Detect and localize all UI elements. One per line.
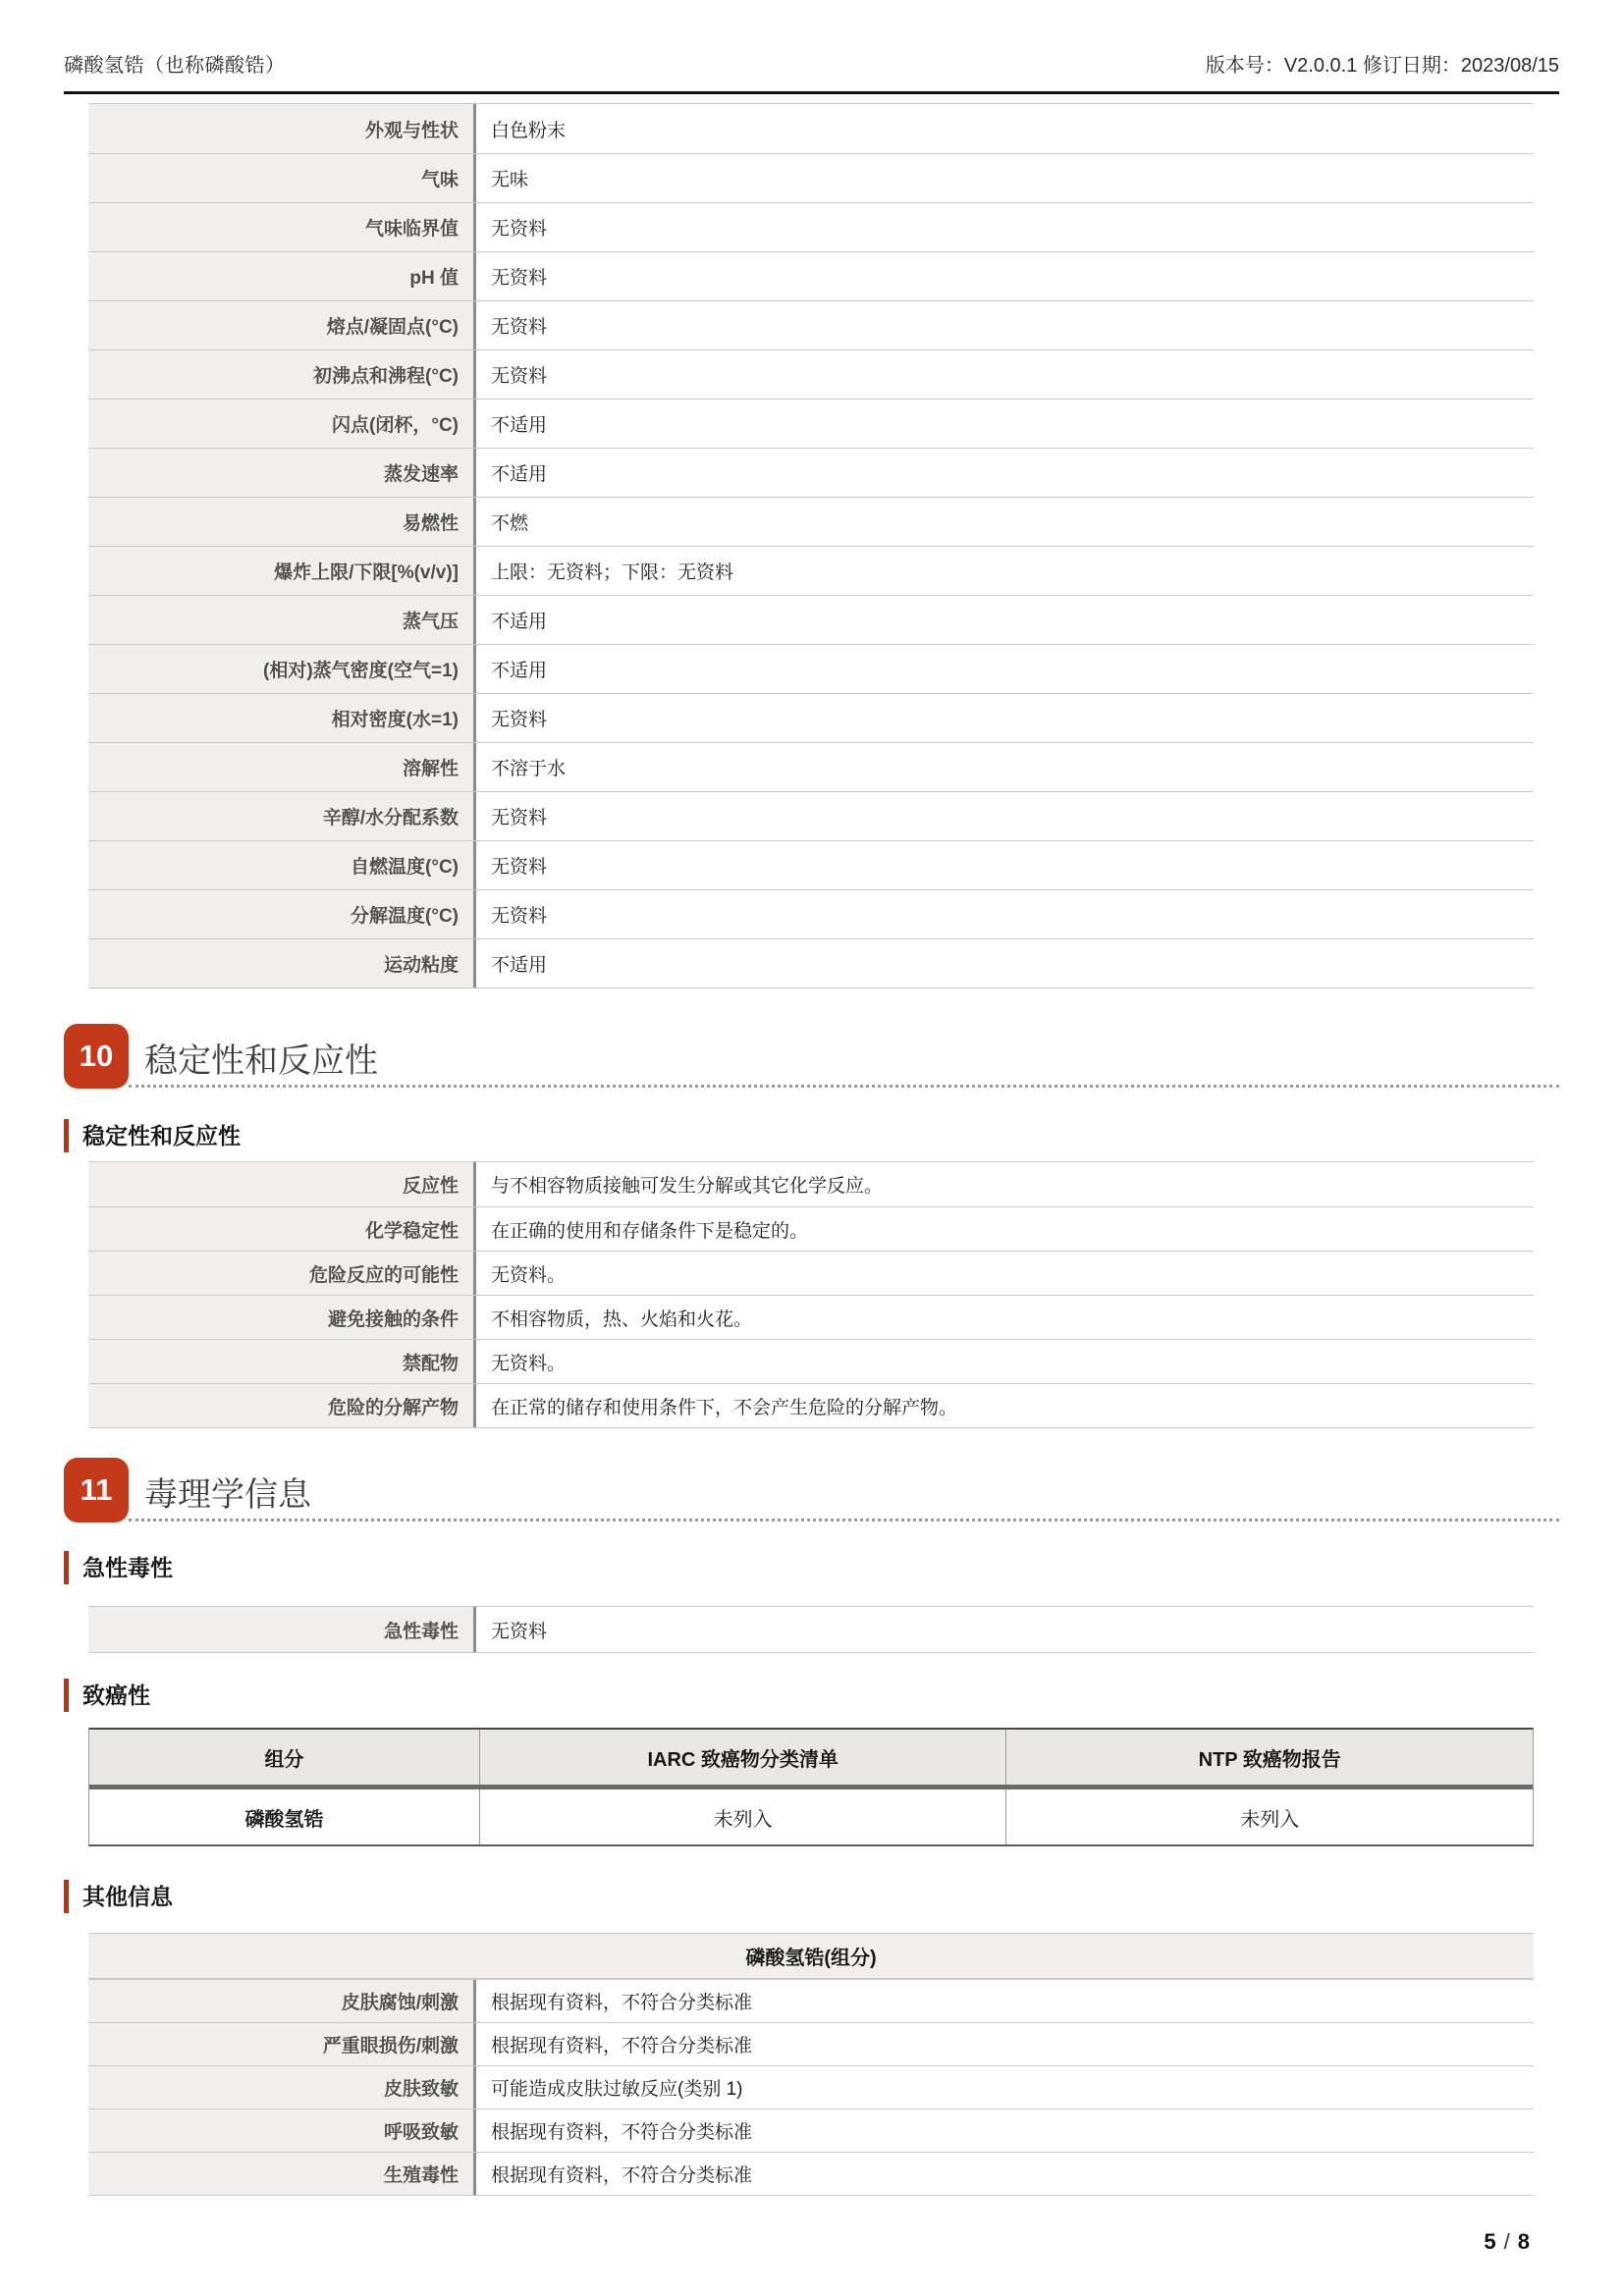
subsection-carcinogenicity-title: 致癌性 xyxy=(64,1679,1559,1712)
property-value: 根据现有资料，不符合分类标准 xyxy=(476,2161,1534,2187)
table-row: 相对密度(水=1) 无资料 xyxy=(88,693,1534,742)
table-row: 易燃性 不燃 xyxy=(88,497,1534,546)
property-value: 不适用 xyxy=(476,607,1534,633)
table-row: 急性毒性 无资料 xyxy=(88,1607,1534,1652)
section-number-badge: 10 xyxy=(64,1024,129,1089)
total-pages: 8 xyxy=(1518,2229,1530,2254)
table-row: (相对)蒸气密度(空气=1) 不适用 xyxy=(88,644,1534,693)
table-row: pH 值 无资料 xyxy=(88,251,1534,300)
table-row: 禁配物 无资料。 xyxy=(88,1339,1534,1383)
property-label: 皮肤致敏 xyxy=(88,2066,476,2109)
table-header-row: 组分 IARC 致癌物分类清单 NTP 致癌物报告 xyxy=(89,1730,1533,1789)
property-value: 在正常的储存和使用条件下，不会产生危险的分解产物。 xyxy=(476,1393,1534,1419)
table-row: 闪点(闭杯，°C) 不适用 xyxy=(88,399,1534,448)
property-label: 生殖毒性 xyxy=(88,2153,476,2195)
property-label: 危险的分解产物 xyxy=(88,1384,476,1427)
table-row: 自燃温度(°C) 无资料 xyxy=(88,840,1534,889)
table-row: 危险反应的可能性 无资料。 xyxy=(88,1251,1534,1295)
carcinogenicity-table: 组分 IARC 致癌物分类清单 NTP 致癌物报告 磷酸氢锆 未列入 未列入 xyxy=(88,1728,1534,1846)
property-value: 根据现有资料，不符合分类标准 xyxy=(476,1988,1534,2014)
table-row: 初沸点和沸程(°C) 无资料 xyxy=(88,349,1534,399)
table-row: 严重眼损伤/刺激 根据现有资料，不符合分类标准 xyxy=(88,2022,1534,2065)
property-value: 白色粉末 xyxy=(476,116,1534,142)
table-row: 分解温度(°C) 无资料 xyxy=(88,889,1534,938)
table-row: 避免接触的条件 不相容物质，热、火焰和火花。 xyxy=(88,1295,1534,1339)
property-value: 无资料 xyxy=(476,263,1534,290)
table-row: 气味临界值 无资料 xyxy=(88,202,1534,251)
property-value: 不适用 xyxy=(476,950,1534,977)
property-label: 溶解性 xyxy=(88,743,476,791)
component-band-header: 磷酸氢锆(组分) xyxy=(88,1934,1534,1979)
property-value: 不适用 xyxy=(476,656,1534,682)
property-value: 无资料 xyxy=(476,705,1534,731)
property-label: 气味临界值 xyxy=(88,203,476,251)
property-label: 辛醇/水分配系数 xyxy=(88,792,476,840)
section-title: 毒理学信息 xyxy=(144,1476,1559,1515)
property-label: 外观与性状 xyxy=(88,104,476,153)
property-label: 分解温度(°C) xyxy=(88,890,476,938)
page-separator: / xyxy=(1496,2229,1518,2254)
table-row: 爆炸上限/下限[%(v/v)] 上限：无资料；下限：无资料 xyxy=(88,546,1534,595)
column-header-ntp: NTP 致癌物报告 xyxy=(1005,1730,1533,1785)
property-value: 无资料 xyxy=(476,803,1534,829)
property-value: 不适用 xyxy=(476,459,1534,486)
property-value: 无资料 xyxy=(476,1617,1534,1643)
table-row: 磷酸氢锆 未列入 未列入 xyxy=(89,1789,1533,1844)
property-value: 无味 xyxy=(476,165,1534,191)
property-label: 运动粘度 xyxy=(88,939,476,988)
ntp-value-cell: 未列入 xyxy=(1005,1789,1533,1844)
table-row: 蒸发速率 不适用 xyxy=(88,448,1534,497)
table-row: 外观与性状 白色粉末 xyxy=(88,104,1534,153)
table-row: 辛醇/水分配系数 无资料 xyxy=(88,791,1534,840)
property-value: 无资料 xyxy=(476,901,1534,928)
stability-table: 反应性 与不相容物质接触可发生分解或其它化学反应。 化学稳定性 在正确的使用和存… xyxy=(88,1161,1534,1428)
property-value: 不适用 xyxy=(476,410,1534,437)
property-value: 无资料 xyxy=(476,312,1534,339)
property-label: pH 值 xyxy=(88,252,476,300)
property-label: 熔点/凝固点(°C) xyxy=(88,301,476,349)
header-rule xyxy=(64,91,1559,94)
property-label: 危险反应的可能性 xyxy=(88,1252,476,1295)
property-value: 无资料 xyxy=(476,361,1534,388)
property-value: 与不相容物质接触可发生分解或其它化学反应。 xyxy=(476,1171,1534,1198)
column-header-component: 组分 xyxy=(89,1730,479,1785)
page-content: 磷酸氢锆（也称磷酸锆） 版本号：V2.0.0.1 修订日期：2023/08/15… xyxy=(0,0,1623,2196)
property-label: 避免接触的条件 xyxy=(88,1296,476,1339)
table-row: 熔点/凝固点(°C) 无资料 xyxy=(88,300,1534,349)
property-value: 不相容物质，热、火焰和火花。 xyxy=(476,1305,1534,1331)
section-title: 稳定性和反应性 xyxy=(144,1042,1559,1081)
page-number: 5/8 xyxy=(1484,2229,1530,2255)
table-row: 生殖毒性 根据现有资料，不符合分类标准 xyxy=(88,2152,1534,2195)
table-row: 危险的分解产物 在正常的储存和使用条件下，不会产生危险的分解产物。 xyxy=(88,1383,1534,1427)
table-row: 皮肤致敏 可能造成皮肤过敏反应(类别 1) xyxy=(88,2065,1534,2109)
property-value: 无资料 xyxy=(476,214,1534,240)
property-value: 根据现有资料，不符合分类标准 xyxy=(476,2117,1534,2144)
property-label: 蒸气压 xyxy=(88,596,476,644)
section-number-badge: 11 xyxy=(64,1458,129,1522)
document-header: 磷酸氢锆（也称磷酸锆） 版本号：V2.0.0.1 修订日期：2023/08/15 xyxy=(64,0,1559,78)
property-label: 呼吸致敏 xyxy=(88,2109,476,2152)
section-title-rule: 稳定性和反应性 xyxy=(129,1042,1559,1088)
property-label: 严重眼损伤/刺激 xyxy=(88,2023,476,2065)
section-10-header: 10 稳定性和反应性 xyxy=(64,1024,1559,1088)
subsection-other-info-title: 其他信息 xyxy=(64,1880,1559,1913)
property-value: 根据现有资料，不符合分类标准 xyxy=(476,2031,1534,2057)
current-page: 5 xyxy=(1484,2229,1495,2254)
property-label: 气味 xyxy=(88,154,476,202)
table-row: 反应性 与不相容物质接触可发生分解或其它化学反应。 xyxy=(88,1162,1534,1206)
property-label: 初沸点和沸程(°C) xyxy=(88,350,476,399)
property-label: 易燃性 xyxy=(88,498,476,546)
iarc-value-cell: 未列入 xyxy=(479,1789,1006,1844)
property-value: 不燃 xyxy=(476,508,1534,535)
property-label: 皮肤腐蚀/刺激 xyxy=(88,1980,476,2022)
subsection-acute-toxicity-title: 急性毒性 xyxy=(64,1551,1559,1584)
version-info: 版本号：V2.0.0.1 修订日期：2023/08/15 xyxy=(1206,49,1559,78)
property-value: 在正确的使用和存储条件下是稳定的。 xyxy=(476,1216,1534,1243)
table-row: 皮肤腐蚀/刺激 根据现有资料，不符合分类标准 xyxy=(88,1979,1534,2022)
property-label: 反应性 xyxy=(88,1162,476,1206)
property-label: 化学稳定性 xyxy=(88,1207,476,1251)
table-row: 化学稳定性 在正确的使用和存储条件下是稳定的。 xyxy=(88,1206,1534,1251)
section-title-rule: 毒理学信息 xyxy=(129,1476,1559,1522)
property-label: 自燃温度(°C) xyxy=(88,841,476,889)
property-value: 可能造成皮肤过敏反应(类别 1) xyxy=(476,2074,1534,2101)
property-label: 相对密度(水=1) xyxy=(88,694,476,742)
section-11-header: 11 毒理学信息 xyxy=(64,1458,1559,1522)
property-label: (相对)蒸气密度(空气=1) xyxy=(88,645,476,693)
acute-toxicity-table: 急性毒性 无资料 xyxy=(88,1606,1534,1653)
property-label: 闪点(闭杯，°C) xyxy=(88,400,476,448)
property-label: 蒸发速率 xyxy=(88,449,476,497)
property-value: 上限：无资料；下限：无资料 xyxy=(476,558,1534,584)
document-title: 磷酸氢锆（也称磷酸锆） xyxy=(64,49,286,78)
other-info-table: 磷酸氢锆(组分) 皮肤腐蚀/刺激 根据现有资料，不符合分类标准 严重眼损伤/刺激… xyxy=(88,1933,1534,2196)
column-header-iarc: IARC 致癌物分类清单 xyxy=(479,1730,1006,1785)
component-name-cell: 磷酸氢锆 xyxy=(89,1789,479,1844)
property-value: 无资料。 xyxy=(476,1349,1534,1375)
msds-page: 磷酸氢锆（也称磷酸锆） 版本号：V2.0.0.1 修订日期：2023/08/15… xyxy=(0,0,1623,2296)
property-value: 不溶于水 xyxy=(476,754,1534,780)
table-row: 溶解性 不溶于水 xyxy=(88,742,1534,791)
property-label: 爆炸上限/下限[%(v/v)] xyxy=(88,547,476,595)
table-row: 呼吸致敏 根据现有资料，不符合分类标准 xyxy=(88,2109,1534,2152)
property-value: 无资料。 xyxy=(476,1260,1534,1287)
subsection-stability-title: 稳定性和反应性 xyxy=(64,1119,1559,1152)
table-row: 运动粘度 不适用 xyxy=(88,938,1534,988)
physical-properties-table: 外观与性状 白色粉末 气味 无味 气味临界值 无资料 pH 值 无资料 熔点/凝… xyxy=(88,103,1534,988)
property-value: 无资料 xyxy=(476,852,1534,879)
property-label: 急性毒性 xyxy=(88,1607,476,1652)
table-row: 气味 无味 xyxy=(88,153,1534,202)
table-row: 蒸气压 不适用 xyxy=(88,595,1534,644)
property-label: 禁配物 xyxy=(88,1340,476,1383)
